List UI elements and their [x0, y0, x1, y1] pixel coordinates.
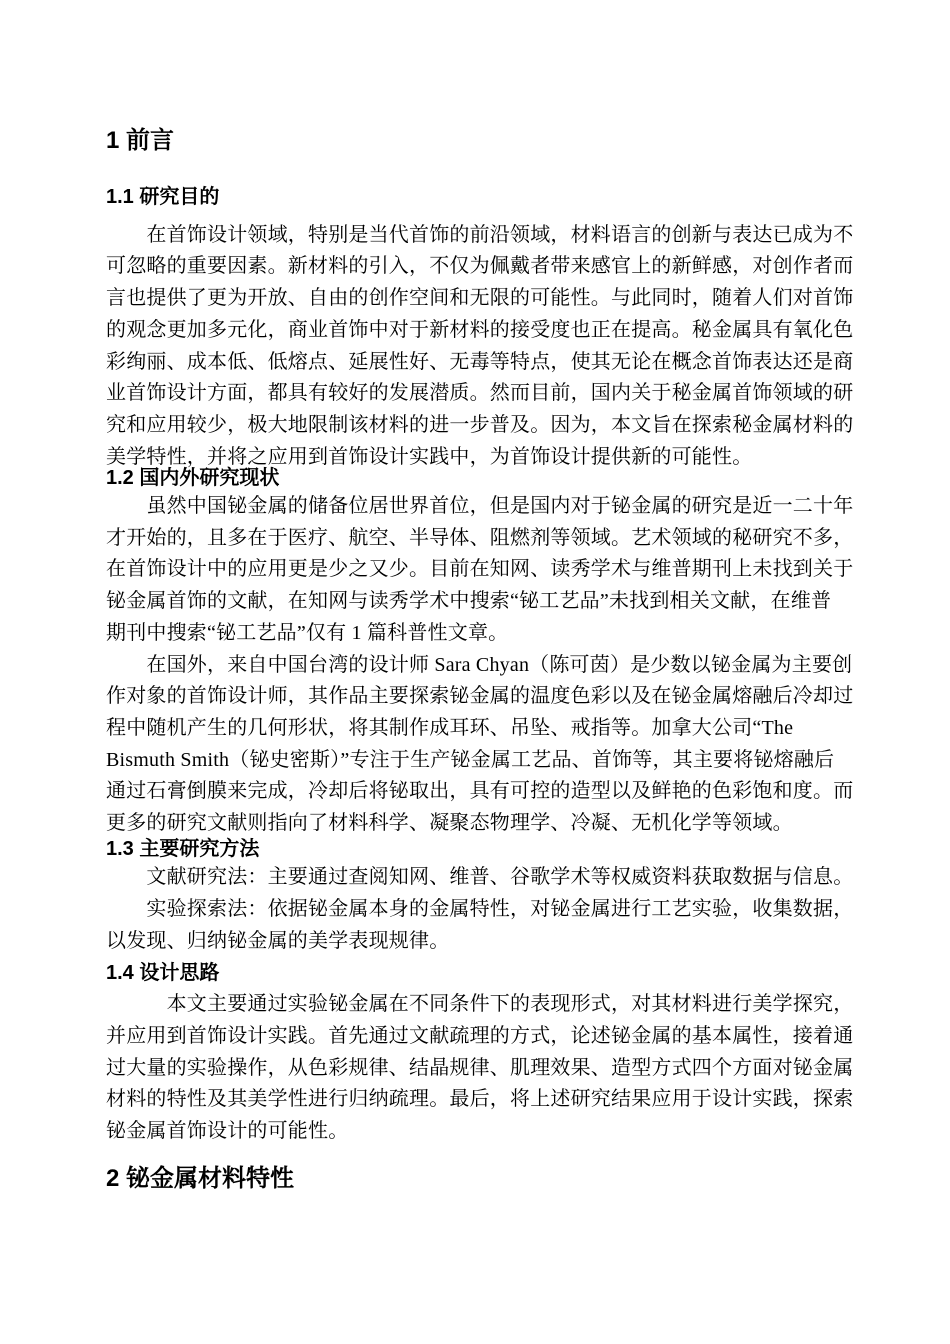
section-1-3-paragraph-2: 实验探索法：依据铋金属本身的金属特性，对铋金属进行工艺实验，收集数据， 以发现、…	[106, 894, 856, 957]
section-1-2-paragraph-2: 在国外，来自中国台湾的设计师 Sara Chyan（陈可茵）是少数以铋金属为主要…	[106, 650, 856, 840]
section-1-4-heading: 1.4 设计思路	[106, 958, 856, 990]
section-1-3-paragraph-1: 文献研究法：主要通过查阅知网、维普、谷歌学术等权威资料获取数据与信息。	[106, 862, 856, 894]
chapter-2-heading: 2 铋金属材料特性	[106, 1162, 856, 1196]
document-page: 1 前言 1.1 研究目的 在首饰设计领域，特别是当代首饰的前沿领域，材料语言的…	[0, 0, 950, 1344]
section-1-1-heading: 1.1 研究目的	[106, 182, 856, 214]
section-1-4-paragraph: 本文主要通过实验铋金属在不同条件下的表现形式，对其材料进行美学探究， 并应用到首…	[106, 989, 856, 1148]
chapter-1-heading: 1 前言	[106, 124, 856, 158]
section-1-2-paragraph-1: 虽然中国铋金属的储备位居世界首位，但是国内对于铋金属的研究是近一二十年 才开始的…	[106, 491, 856, 650]
section-1-1-paragraph: 在首饰设计领域，特别是当代首饰的前沿领域，材料语言的创新与表达已成为不 可忽略的…	[106, 220, 856, 474]
